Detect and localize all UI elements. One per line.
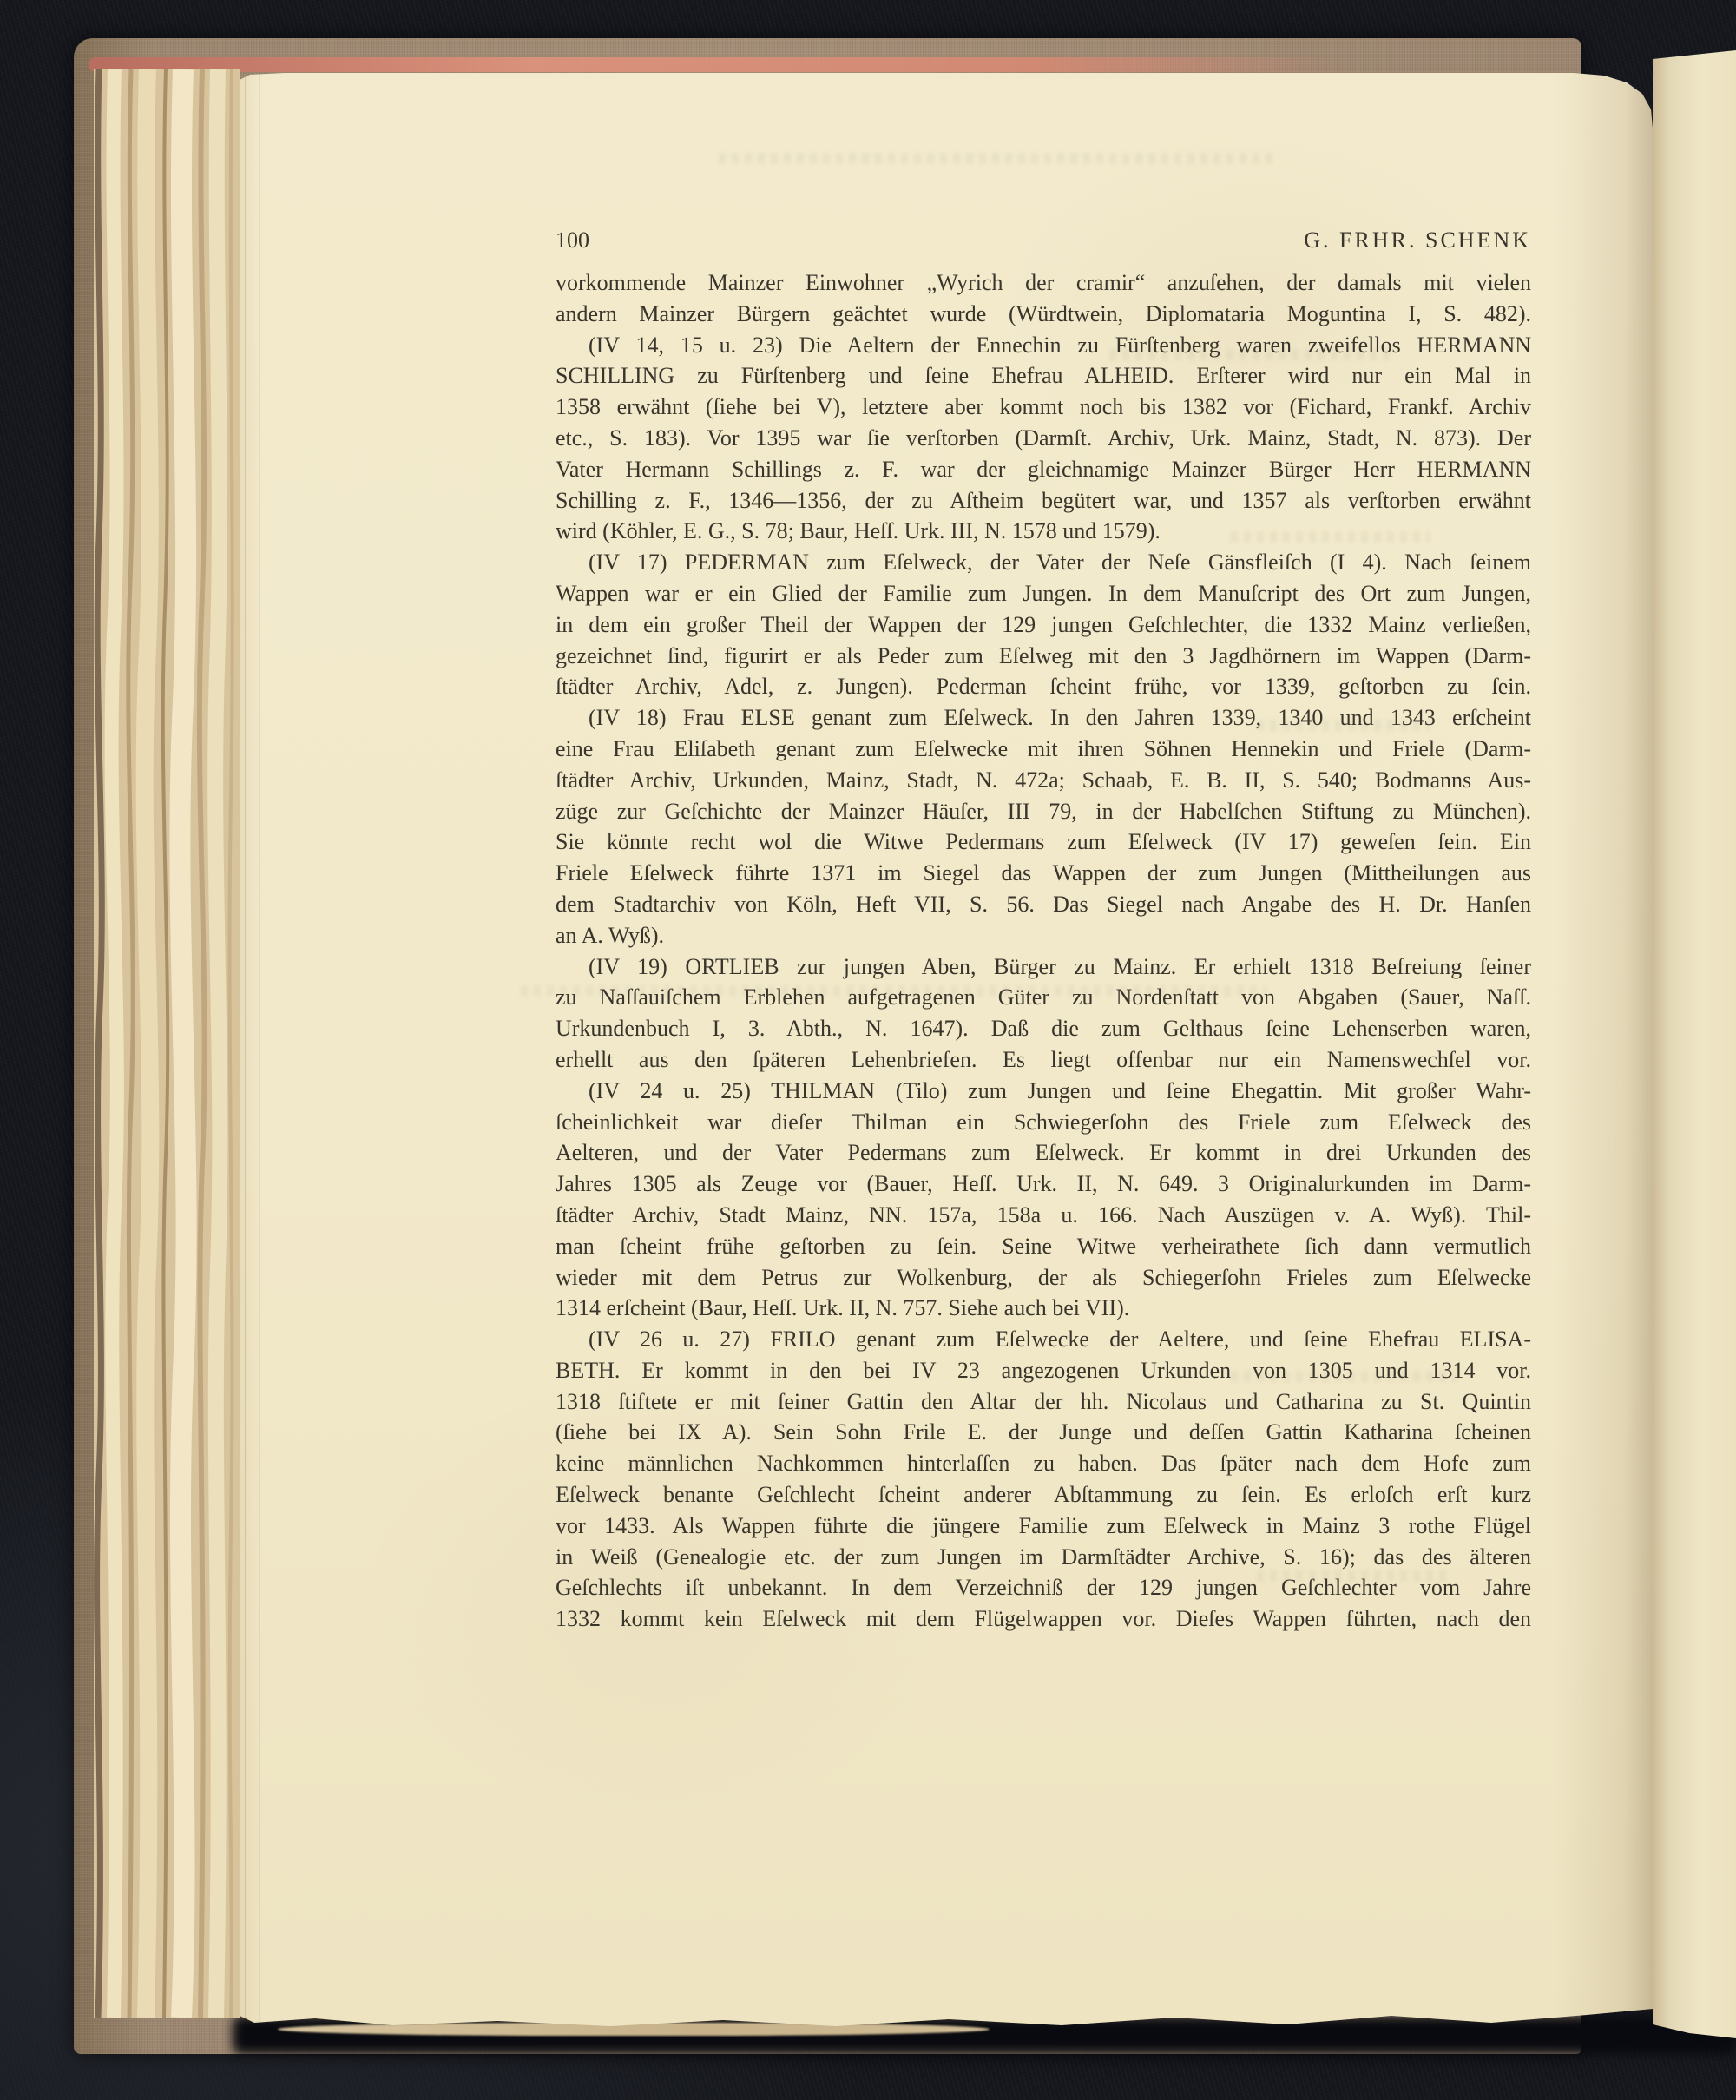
text-line: keine männlichen Nachkommen hinterlaſſen… xyxy=(556,1448,1531,1479)
text-line: in Weiß (Genealogie etc. der zum Jungen … xyxy=(556,1542,1531,1573)
show-through-smudge xyxy=(719,153,1274,164)
page-crease xyxy=(259,73,260,2028)
text-line: Eſelweck benante Geſchlecht ſcheint ande… xyxy=(556,1479,1531,1511)
paragraph: (IV 17) PEDERMAN zum Eſelweck, der Vater… xyxy=(556,547,1531,702)
text-line: Urkundenbuch I, 3. Abth., N. 1647). Daß … xyxy=(556,1013,1531,1044)
text-line: ſtädter Archiv, Urkunden, Mainz, Stadt, … xyxy=(556,765,1531,796)
text-line: gezeichnet ſind, figurirt er als Peder z… xyxy=(556,641,1531,672)
text-block: vorkommende Mainzer Einwohner „Wyrich de… xyxy=(556,267,1531,1635)
text-line: wird (Köhler, E. G., S. 78; Baur, Heſſ. … xyxy=(556,516,1531,547)
book-page: 100 G. FRHR. SCHENK vorkommende Mainzer … xyxy=(233,73,1653,2028)
text-line: Vater Hermann Schillings z. F. war der g… xyxy=(556,454,1531,485)
text-line: man ſcheint frühe geſtorben zu ſein. Sei… xyxy=(556,1231,1531,1262)
text-line: 1314 erſcheint (Baur, Heſſ. Urk. II, N. … xyxy=(556,1293,1531,1324)
text-line: vorkommende Mainzer Einwohner „Wyrich de… xyxy=(556,267,1531,299)
facing-page-edge xyxy=(1653,50,1736,2038)
paragraph: vorkommende Mainzer Einwohner „Wyrich de… xyxy=(556,267,1531,330)
paragraph: (IV 24 u. 25) THILMAN (Tilo) zum Jungen … xyxy=(556,1076,1531,1324)
text-line: Wappen war er ein Glied der Familie zum … xyxy=(556,578,1531,609)
page-crease xyxy=(245,73,246,2028)
running-head: G. FRHR. SCHENK xyxy=(1304,227,1531,253)
text-line: ſtädter Archiv, Stadt Mainz, NN. 157a, 1… xyxy=(556,1200,1531,1231)
text-line: (ſiehe bei IX A). Sein Sohn Frile E. der… xyxy=(556,1417,1531,1448)
book-photo: 100 G. FRHR. SCHENK vorkommende Mainzer … xyxy=(0,0,1736,2100)
text-line: ſcheinlichkeit war dieſer Thilman ein Sc… xyxy=(556,1107,1531,1138)
text-line: (IV 26 u. 27) FRILO genant zum Eſelwecke… xyxy=(556,1324,1531,1355)
paragraph: (IV 14, 15 u. 23) Die Aeltern der Ennech… xyxy=(556,330,1531,548)
text-line: zu Naſſauiſchem Erblehen aufgetragenen G… xyxy=(556,982,1531,1013)
text-line: züge zur Geſchichte der Mainzer Häuſer, … xyxy=(556,796,1531,827)
text-line: (IV 19) ORTLIEB zur jungen Aben, Bürger … xyxy=(556,951,1531,983)
text-line: Aelteren, und der Vater Pedermans zum Eſ… xyxy=(556,1137,1531,1168)
page-header: 100 G. FRHR. SCHENK xyxy=(556,227,1531,255)
text-line: an A. Wyß). xyxy=(556,920,1531,951)
text-line: 1318 ſtiftete er mit ſeiner Gattin den A… xyxy=(556,1386,1531,1418)
text-line: in dem ein großer Theil der Wappen der 1… xyxy=(556,609,1531,641)
text-line: SCHILLING zu Fürſtenberg und ſeine Ehefr… xyxy=(556,360,1531,392)
text-line: (IV 24 u. 25) THILMAN (Tilo) zum Jungen … xyxy=(556,1076,1531,1107)
page-top-stain xyxy=(89,57,1349,72)
text-line: Geſchlechts iſt unbekannt. In dem Verzei… xyxy=(556,1572,1531,1603)
text-line: dem Stadtarchiv von Köln, Heft VII, S. 5… xyxy=(556,889,1531,920)
text-line: BETH. Er kommt in den bei IV 23 angezoge… xyxy=(556,1355,1531,1386)
paragraph: (IV 18) Frau ELSE genant zum Eſelweck. I… xyxy=(556,702,1531,951)
text-line: (IV 14, 15 u. 23) Die Aeltern der Ennech… xyxy=(556,330,1531,361)
text-line: Jahres 1305 als Zeuge vor (Bauer, Heſſ. … xyxy=(556,1168,1531,1200)
text-line: ſtädter Archiv, Adel, z. Jungen). Pederm… xyxy=(556,671,1531,702)
text-line: 1332 kommt kein Eſelweck mit dem Flügelw… xyxy=(556,1603,1531,1635)
text-line: wieder mit dem Petrus zur Wolkenburg, de… xyxy=(556,1262,1531,1294)
text-line: etc., S. 183). Vor 1395 war ſie verſtorb… xyxy=(556,423,1531,454)
paragraph: (IV 19) ORTLIEB zur jungen Aben, Bürger … xyxy=(556,951,1531,1076)
page-number: 100 xyxy=(556,227,589,253)
text-line: Sie könnte recht wol die Witwe Pedermans… xyxy=(556,826,1531,858)
text-line: (IV 17) PEDERMAN zum Eſelweck, der Vater… xyxy=(556,547,1531,578)
text-line: (IV 18) Frau ELSE genant zum Eſelweck. I… xyxy=(556,702,1531,734)
text-line: Schilling z. F., 1346—1356, der zu Aſthe… xyxy=(556,485,1531,517)
paragraph: (IV 26 u. 27) FRILO genant zum Eſelwecke… xyxy=(556,1324,1531,1635)
text-line: 1358 erwähnt (ſiehe bei V), letztere abe… xyxy=(556,392,1531,423)
text-line: erhellt aus den ſpäteren Lehenbriefen. E… xyxy=(556,1044,1531,1076)
text-line: vor 1433. Als Wappen führte die jüngere … xyxy=(556,1511,1531,1542)
text-line: andern Mainzer Bürgern geächtet wurde (W… xyxy=(556,299,1531,330)
deckle-page-edges xyxy=(85,69,240,2018)
text-line: eine Frau Eliſabeth genant zum Eſelwecke… xyxy=(556,734,1531,765)
text-line: Friele Eſelweck führte 1371 im Siegel da… xyxy=(556,858,1531,889)
